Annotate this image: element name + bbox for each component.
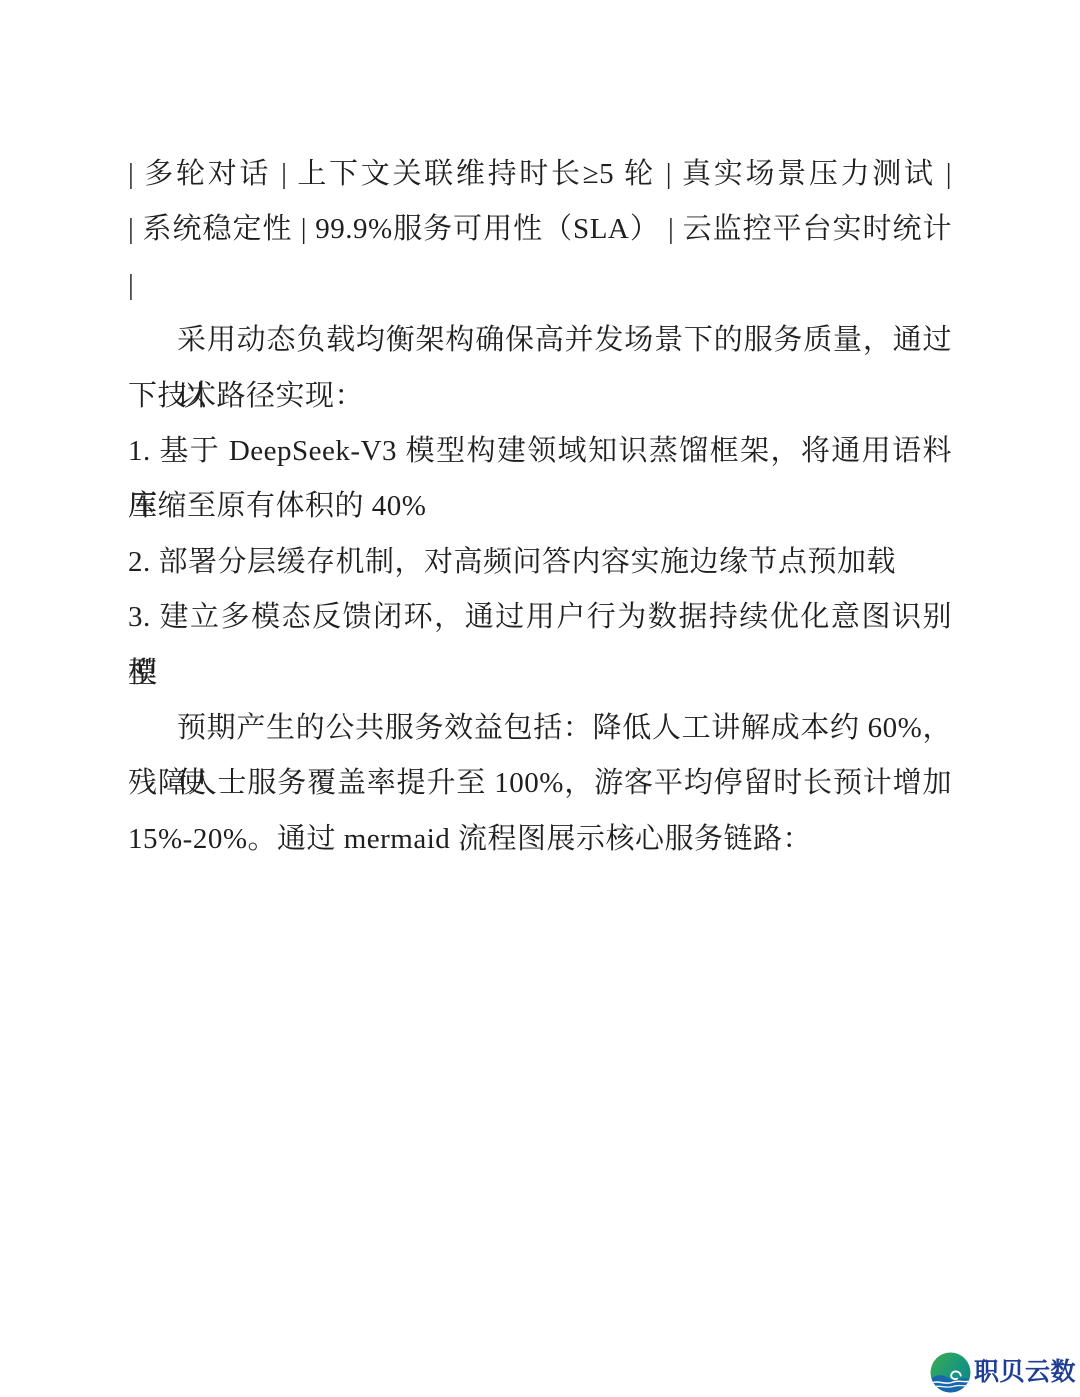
text-line: 2. 部署分层缓存机制，对高频问答内容实施边缘节点预加载 [128,535,952,590]
text-line: 采用动态负载均衡架构确保高并发场景下的服务质量，通过以 [128,313,952,368]
text-line: 下技术路径实现： [128,369,952,424]
text-line: | 多轮对话 | 上下文关联维持时长≥5 轮 | 真实场景压力测试 | [128,147,952,202]
text-line: 残障人士服务覆盖率提升至 100%，游客平均停留时长预计增加 [128,756,952,811]
text-line: 预期产生的公共服务效益包括：降低人工讲解成本约 60%，使 [128,701,952,756]
text-line: 型 [128,646,952,701]
text-line: 15%-20%。通过 mermaid 流程图展示核心服务链路： [128,812,952,867]
brand-logo-icon [930,1352,971,1393]
text-line: 3. 建立多模态反馈闭环，通过用户行为数据持续优化意图识别模 [128,590,952,645]
document-page: | 多轮对话 | 上下文关联维持时长≥5 轮 | 真实场景压力测试 || 系统稳… [0,0,1080,1397]
document-body: | 多轮对话 | 上下文关联维持时长≥5 轮 | 真实场景压力测试 || 系统稳… [128,147,952,867]
text-line: | 系统稳定性 | 99.9%服务可用性（SLA） | 云监控平台实时统计 [128,202,952,257]
text-line: 1. 基于 DeepSeek-V3 模型构建领域知识蒸馏框架，将通用语料库 [128,424,952,479]
text-line: 压缩至原有体积的 40% [128,479,952,534]
text-line: | [128,258,952,313]
brand-logo: 职贝云数 [930,1352,1076,1393]
brand-logo-text: 职贝云数 [974,1360,1076,1385]
